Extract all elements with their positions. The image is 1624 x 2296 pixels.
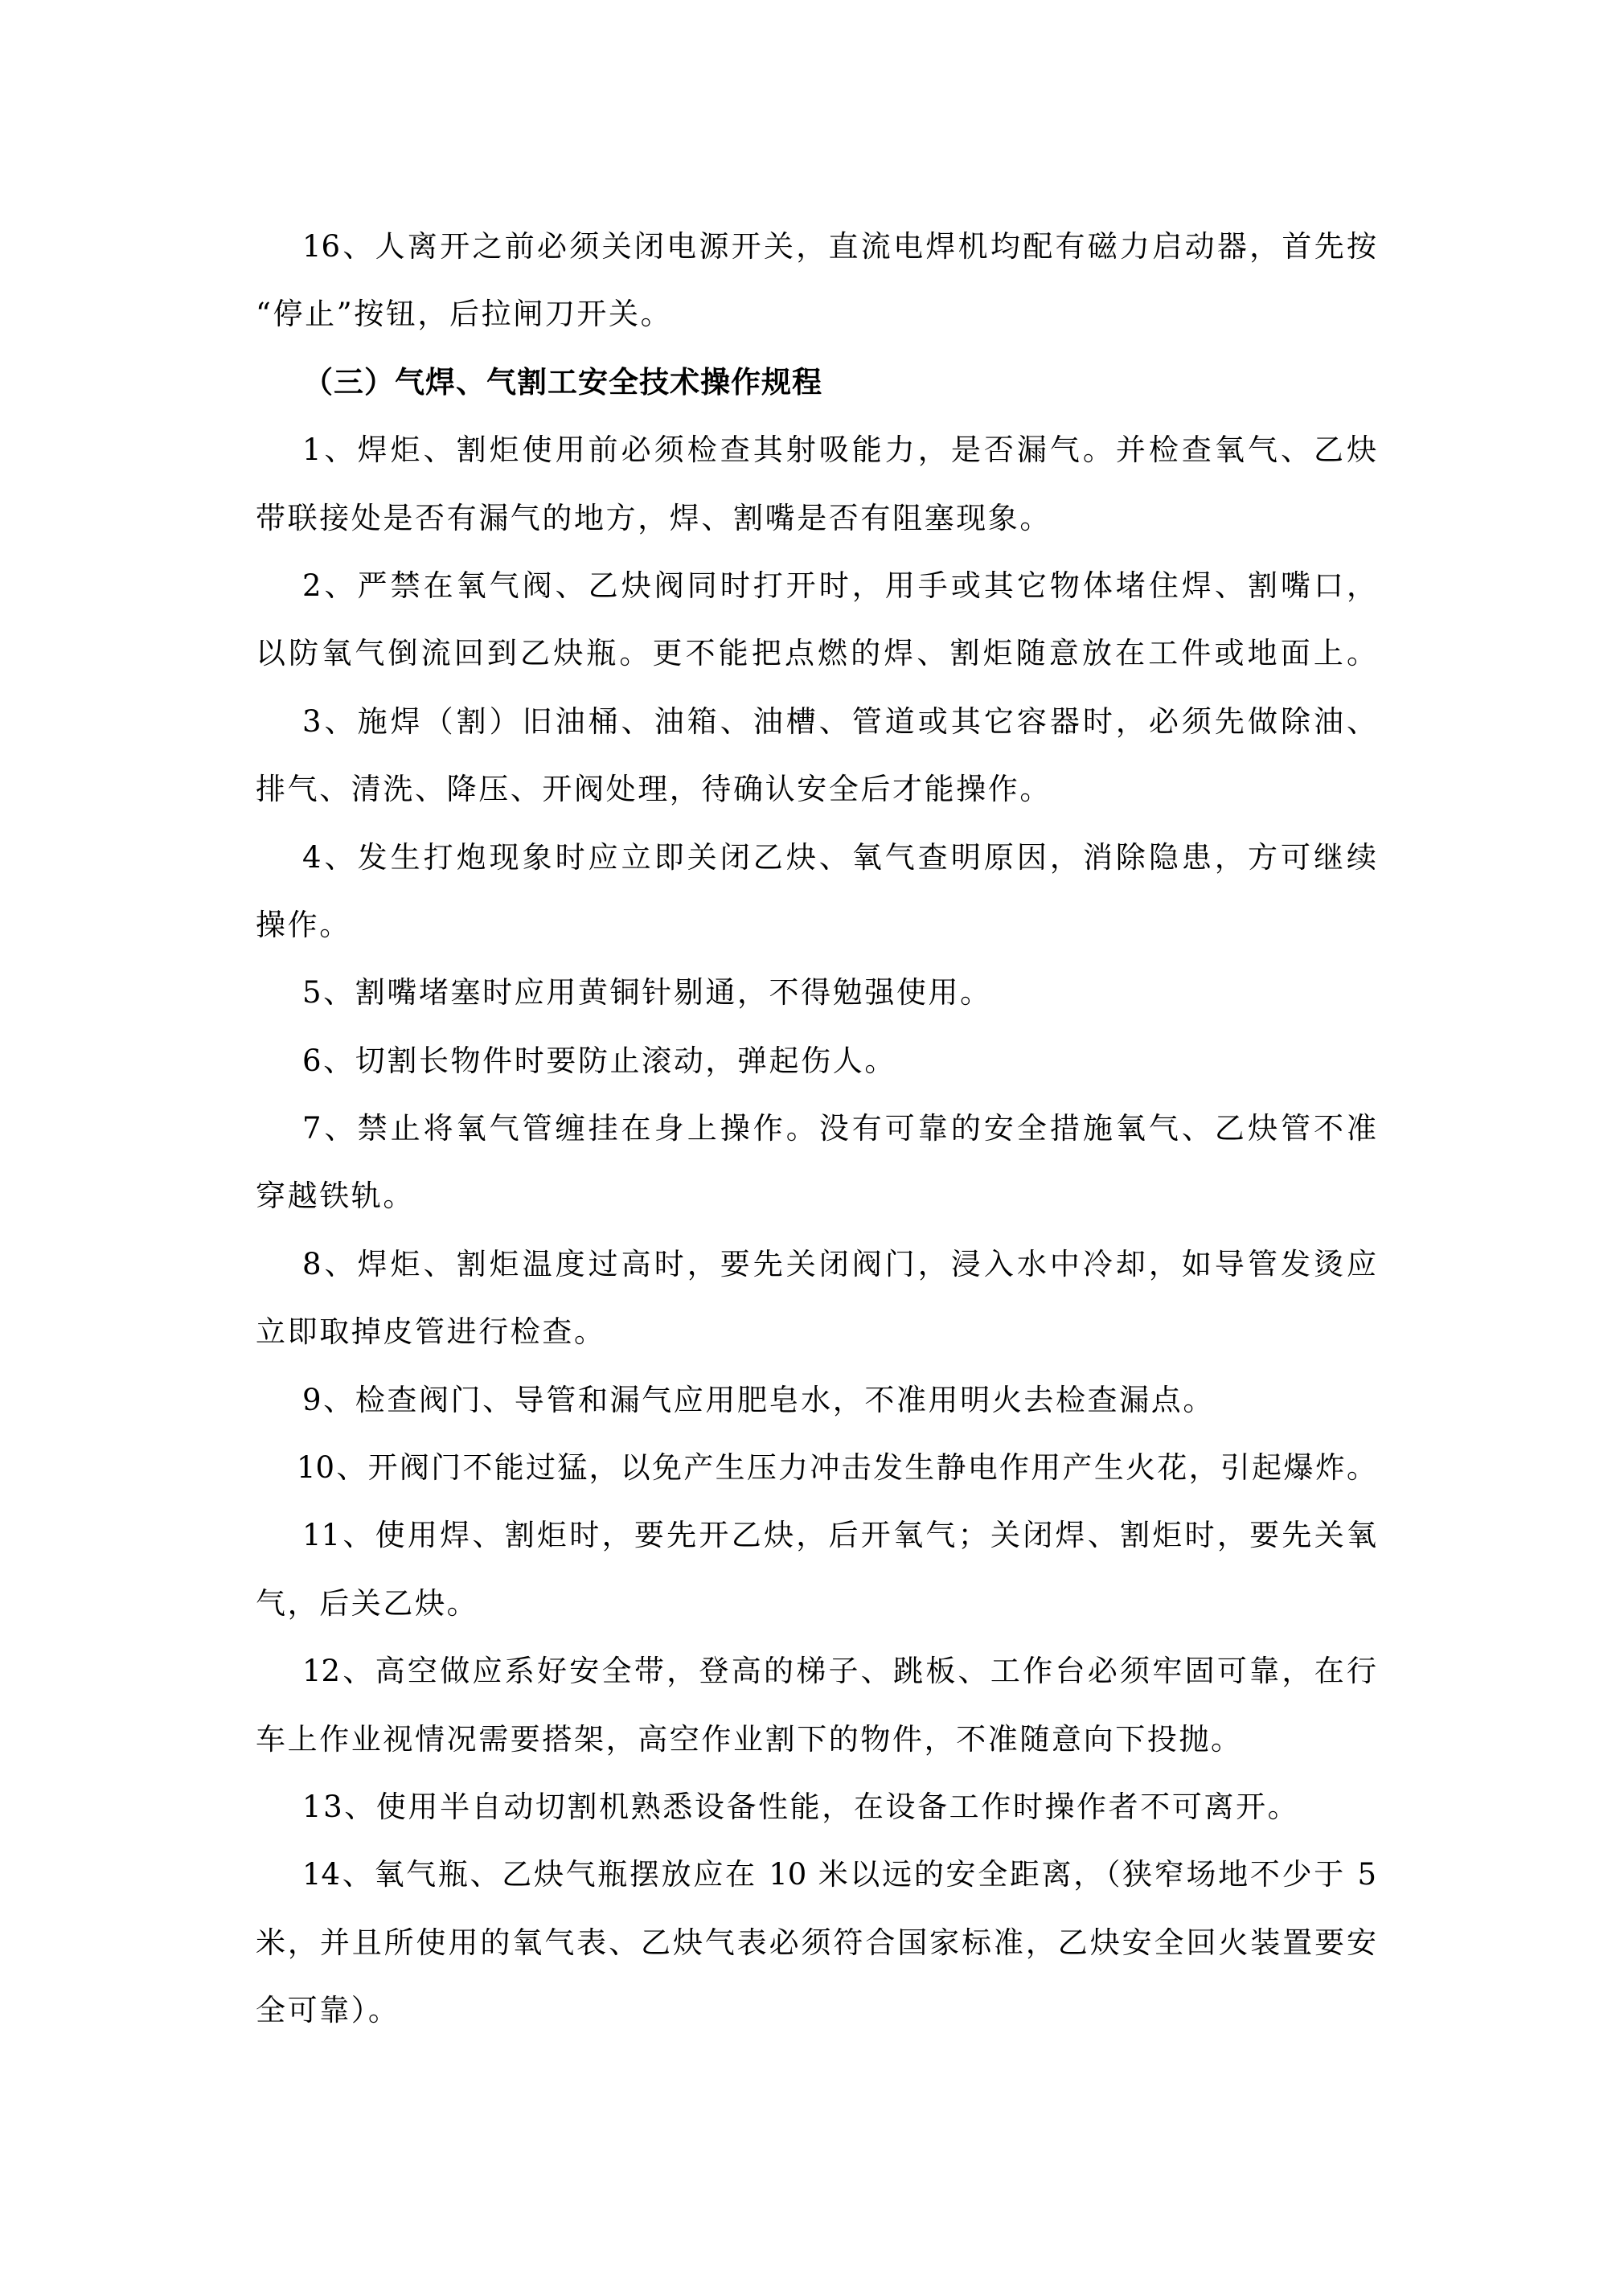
paragraph-line: 8、焊炬、割炬温度过高时，要先关闭阀门，浸入水中冷却，如导管发烫应 xyxy=(256,1231,1376,1298)
paragraph-item-2: 2、严禁在氧气阀、乙炔阀同时打开时，用手或其它物体堵住焊、割嘴口， 以防氧气倒流… xyxy=(256,552,1376,688)
paragraph-line: 全可靠）。 xyxy=(256,1977,1376,2044)
paragraph-line: 6、切割长物件时要防止滚动，弹起伤人。 xyxy=(256,1027,1376,1095)
paragraph-item-13: 13、使用半自动切割机熟悉设备性能，在设备工作时操作者不可离开。 xyxy=(256,1773,1376,1841)
paragraph-line: 车上作业视情况需要搭架，高空作业割下的物件，不准随意向下投抛。 xyxy=(256,1706,1376,1773)
paragraph-line: “停止”按钮，后拉闸刀开关。 xyxy=(256,281,1376,348)
paragraph-line: 5、割嘴堵塞时应用黄铜针剔通，不得勉强使用。 xyxy=(256,959,1376,1027)
paragraph-item-3: 3、施焊（割）旧油桶、油箱、油槽、管道或其它容器时，必须先做除油、 排气、清洗、… xyxy=(256,688,1376,824)
paragraph-item-16: 16、人离开之前必须关闭电源开关，直流电焊机均配有磁力启动器，首先按 “停止”按… xyxy=(256,213,1376,349)
paragraph-line: 14、氧气瓶、乙炔气瓶摆放应在 10 米以远的安全距离，（狭窄场地不少于 5 xyxy=(256,1841,1376,1909)
paragraph-item-8: 8、焊炬、割炬温度过高时，要先关闭阀门，浸入水中冷却，如导管发烫应 立即取掉皮管… xyxy=(256,1231,1376,1367)
paragraph-line: 以防氧气倒流回到乙炔瓶。更不能把点燃的焊、割炬随意放在工件或地面上。 xyxy=(256,620,1376,687)
paragraph-line: 9、检查阀门、导管和漏气应用肥皂水，不准用明火去检查漏点。 xyxy=(256,1367,1376,1434)
document-body: 16、人离开之前必须关闭电源开关，直流电焊机均配有磁力启动器，首先按 “停止”按… xyxy=(256,213,1376,2045)
paragraph-line: 穿越铁轨。 xyxy=(256,1162,1376,1230)
paragraph-line: 11、使用焊、割炬时，要先开乙炔，后开氧气；关闭焊、割炬时，要先关氧 xyxy=(256,1502,1376,1569)
paragraph-line: 3、施焊（割）旧油桶、油箱、油槽、管道或其它容器时，必须先做除油、 xyxy=(256,688,1376,756)
paragraph-line: 操作。 xyxy=(256,892,1376,959)
paragraph-line: 10、开阀门不能过猛，以免产生压力冲击发生静电作用产生火花，引起爆炸。 xyxy=(256,1434,1376,1502)
paragraph-line: 米，并且所使用的氧气表、乙炔气表必须符合国家标准，乙炔安全回火装置要安 xyxy=(256,1909,1376,1977)
paragraph-item-14: 14、氧气瓶、乙炔气瓶摆放应在 10 米以远的安全距离，（狭窄场地不少于 5 米… xyxy=(256,1841,1376,2044)
paragraph-item-11: 11、使用焊、割炬时，要先开乙炔，后开氧气；关闭焊、割炬时，要先关氧 气，后关乙… xyxy=(256,1502,1376,1638)
paragraph-item-9: 9、检查阀门、导管和漏气应用肥皂水，不准用明火去检查漏点。 xyxy=(256,1367,1376,1434)
document-page: 16、人离开之前必须关闭电源开关，直流电焊机均配有磁力启动器，首先按 “停止”按… xyxy=(0,0,1624,2296)
paragraph-line: 带联接处是否有漏气的地方，焊、割嘴是否有阻塞现象。 xyxy=(256,485,1376,552)
paragraph-item-1: 1、焊炬、割炬使用前必须检查其射吸能力，是否漏气。并检查氧气、乙炔 带联接处是否… xyxy=(256,416,1376,552)
paragraph-line: 4、发生打炮现象时应立即关闭乙炔、氧气查明原因，消除隐患，方可继续 xyxy=(256,824,1376,892)
paragraph-line: 排气、清洗、降压、开阀处理，待确认安全后才能操作。 xyxy=(256,756,1376,823)
paragraph-line: 12、高空做应系好安全带，登高的梯子、跳板、工作台必须牢固可靠，在行 xyxy=(256,1638,1376,1705)
paragraph-item-5: 5、割嘴堵塞时应用黄铜针剔通，不得勉强使用。 xyxy=(256,959,1376,1027)
paragraph-item-4: 4、发生打炮现象时应立即关闭乙炔、氧气查明原因，消除隐患，方可继续 操作。 xyxy=(256,824,1376,960)
paragraph-line: 气，后关乙炔。 xyxy=(256,1570,1376,1638)
section-heading-text: （三）气焊、气割工安全技术操作规程 xyxy=(256,349,1376,416)
paragraph-item-6: 6、切割长物件时要防止滚动，弹起伤人。 xyxy=(256,1027,1376,1095)
paragraph-item-7: 7、禁止将氧气管缠挂在身上操作。没有可靠的安全措施氧气、乙炔管不准 穿越铁轨。 xyxy=(256,1095,1376,1231)
paragraph-item-12: 12、高空做应系好安全带，登高的梯子、跳板、工作台必须牢固可靠，在行 车上作业视… xyxy=(256,1638,1376,1773)
paragraph-line: 16、人离开之前必须关闭电源开关，直流电焊机均配有磁力启动器，首先按 xyxy=(256,213,1376,281)
paragraph-line: 1、焊炬、割炬使用前必须检查其射吸能力，是否漏气。并检查氧气、乙炔 xyxy=(256,416,1376,484)
paragraph-item-10: 10、开阀门不能过猛，以免产生压力冲击发生静电作用产生火花，引起爆炸。 xyxy=(256,1434,1376,1502)
paragraph-line: 7、禁止将氧气管缠挂在身上操作。没有可靠的安全措施氧气、乙炔管不准 xyxy=(256,1095,1376,1162)
section-heading: （三）气焊、气割工安全技术操作规程 xyxy=(256,349,1376,416)
paragraph-line: 13、使用半自动切割机熟悉设备性能，在设备工作时操作者不可离开。 xyxy=(256,1773,1376,1841)
paragraph-line: 立即取掉皮管进行检查。 xyxy=(256,1298,1376,1366)
paragraph-line: 2、严禁在氧气阀、乙炔阀同时打开时，用手或其它物体堵住焊、割嘴口， xyxy=(256,552,1376,620)
